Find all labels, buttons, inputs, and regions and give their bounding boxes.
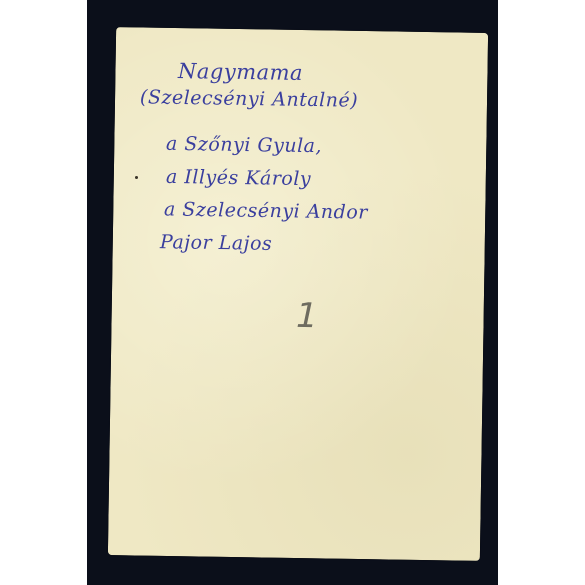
inscription-line-6: Pajor Lajos bbox=[160, 231, 273, 255]
inscription-line-3: a Szőnyi Gyula, bbox=[166, 133, 322, 157]
inscription-line-5: a Szelecsényi Andor bbox=[164, 198, 368, 223]
inscription-line-2: (Szelecsényi Antalné) bbox=[140, 86, 358, 111]
inscription-line-4: a Illyés Károly bbox=[166, 166, 311, 190]
inscription-line-1: Nagymama bbox=[178, 59, 303, 85]
ink-speck bbox=[135, 176, 138, 179]
pencil-number: 1 bbox=[296, 296, 318, 336]
